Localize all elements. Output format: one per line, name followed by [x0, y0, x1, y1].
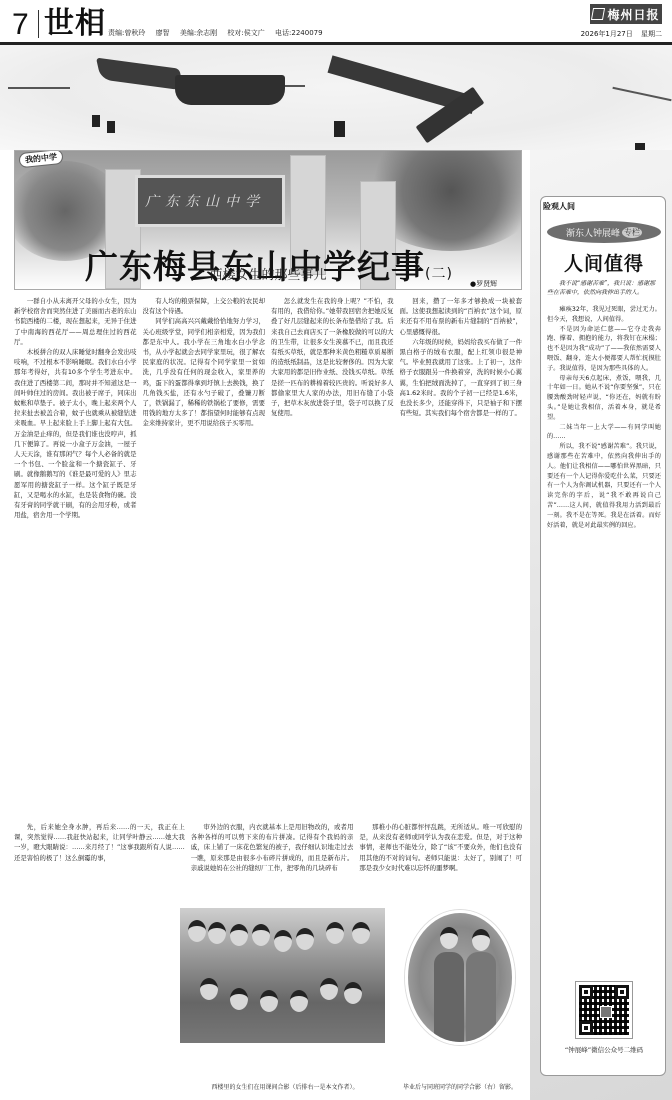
sidebar-title: 人间值得 [541, 249, 667, 276]
qr-code[interactable] [576, 982, 632, 1038]
person [252, 924, 270, 946]
roof-ridge [612, 87, 671, 101]
newspaper-logo: 梅州日报 [590, 4, 662, 24]
paragraph: 木板拼合的双人床睡觉时翻身会发出吱吱响，不过根本不影响睡眠。我们水白小学那年考得… [14, 347, 137, 520]
columnist: 渐东人钟展峰 [566, 226, 620, 239]
paragraph: 回来，攒了一年多才够换成一块被套面。这使我想起读到的“百衲衣”这个词，原来还有不… [400, 296, 523, 337]
roofline-illustration [0, 45, 672, 150]
qr-finder [615, 985, 629, 999]
weekday-text: 星期二 [641, 30, 662, 38]
credit-editor: 责编:曾秋玲 [108, 29, 145, 37]
roof-tile [175, 75, 285, 105]
logo-icon [591, 8, 605, 20]
person [230, 924, 248, 946]
divider [38, 10, 39, 38]
qr-finder [579, 1021, 593, 1035]
article-column: 审外边的衣服，内衣就基本上是用旧物改的，或者用各种各样的可以剪下来的布片拼凑。记… [191, 822, 354, 902]
window-block [107, 121, 115, 133]
article-lower-row: 先，后来她全身水肿，再后来……的一天，我正在上课，突然觉得……我赶快站起来，让同… [14, 822, 522, 902]
article-column: 先，后来她全身水肿，再后来……的一天，我正在上课，突然觉得……我赶快站起来，让同… [14, 822, 185, 902]
article-body: 一群自小从未离开父母的小女生，因为新学校宿舍而突然住进了美丽而古老的东山书院西楼… [14, 296, 522, 816]
sidebar-tag: 险观人间 [543, 201, 575, 212]
gate-inscription: 广东东山中学 [145, 191, 265, 211]
person [352, 922, 370, 944]
person-head [472, 929, 490, 951]
paragraph: 审外边的衣服，内衣就基本上是用旧物改的，或者用各种各样的可以剪下来的布片拼凑。记… [191, 822, 354, 873]
qr-finder [579, 985, 593, 999]
qr-logo [600, 1006, 612, 1018]
person [466, 952, 496, 1045]
column-badge: 专栏 [622, 227, 642, 238]
credit-proofreader: 校对:侯文广 [227, 29, 264, 37]
paragraph: 所以，我不说“感谢苦难”。我只说，感谢那些在苦难中，依然向我伸出手的人。他们让我… [547, 442, 661, 530]
issue-date: 2026年1月27日 星期二 [575, 29, 662, 39]
newspaper-name: 梅州日报 [607, 6, 659, 23]
person [290, 990, 308, 1012]
credit-phone: 电话:2240079 [275, 29, 323, 37]
sidebar-banner: 渐东人钟展峰 专栏 [547, 221, 661, 243]
paragraph: 六年级的时候，妈妈给我买布做了一件黑白格子的绒布衣服，配上红领巾很是神气。毕业照… [400, 337, 523, 419]
masthead: 7 世相 责编:曾秋玲 廖智 美编:余志刚 校对:侯文广 电话:2240079 … [0, 0, 672, 44]
article-column: 有人均的粮票保障，上交公粮的农民却没有这个待遇。 同学们高高兴兴戴戴恰恰地努力学… [143, 296, 266, 816]
person [326, 922, 344, 944]
article-subtitle: 西楼女生的那些事儿 [14, 264, 522, 283]
paragraph: 同学们高高兴兴戴戴恰恰地努力学习，关心班级学堂，同学们相亲相爱，因为我们都是东中… [143, 316, 266, 428]
sidebar-body: 瘫痪32年，我见过死眼，尝过无力。但今天，我想说，人间值得。 不是因为命运仁慈—… [547, 305, 661, 977]
paragraph: 二妹当年一上大学——有同学叫她的…… [547, 423, 661, 443]
article-column: 一群自小从未离开父母的小女生，因为新学校宿舍而突然住进了美丽而古老的东山书院西楼… [14, 296, 137, 816]
paragraph: 瘫痪32年，我见过死眼，尝过无力。但今天，我想说，人间值得。 [547, 305, 661, 325]
roof-ridge [285, 85, 305, 87]
sidebar-column: 险观人间 渐东人钟展峰 专栏 人间值得 我不说“感谢苦难”，我只说：感谢那些在苦… [540, 196, 666, 1076]
paragraph: 有人均的粮票保障，上交公粮的农民却没有这个待遇。 [143, 296, 266, 316]
article-column: 回来，攒了一年多才够换成一块被套面。这使我想起读到的“百衲衣”这个词，原来还有不… [400, 296, 523, 816]
window-block [334, 121, 345, 137]
person [200, 978, 218, 1000]
qr-caption: “钟展峰”微信公众号二维码 [541, 1045, 667, 1054]
credit-designer: 美编:余志刚 [180, 29, 217, 37]
page-number: 7 [12, 10, 29, 40]
photo-caption: 西楼里的女生们在用课间合影（后排右一是本文作者）。 [180, 1082, 390, 1091]
paragraph: 先，后来她全身水肿，再后来……的一天，我正在上课，突然觉得……我赶快站起来，让同… [14, 822, 185, 863]
portrait-photo [405, 910, 515, 1045]
window-block [92, 115, 100, 127]
roof-tile [96, 58, 184, 91]
person [188, 920, 206, 942]
paragraph: 母亲每天6点起床，煮饭，喂我，几十年如一日。她从不说“你要坚强”，只在腰劲酸劲时… [547, 374, 661, 423]
person [344, 982, 362, 1004]
byline: ●罗贤辉 [470, 279, 497, 289]
article-column: 怎么就发生在我的身上呢？”不怕，我有用的，我借给你。”她带我回宿舍把她反复叠了好… [271, 296, 394, 816]
section-title: 世相 [44, 8, 106, 40]
paragraph: 一群自小从未离开父母的小女生，因为新学校宿舍而突然住进了美丽而古老的东山书院西楼… [14, 296, 137, 347]
roof-ridge [8, 87, 70, 89]
group-photo [180, 908, 385, 1043]
sidebar-lede: 我不说“感谢苦难”，我只说：感谢那些在苦难中，依然向我伸出手的人。 [547, 279, 661, 297]
person [320, 978, 338, 1000]
person-head [440, 927, 458, 949]
date-text: 2026年1月27日 [581, 30, 633, 38]
article-column: 那稚小的心脏都怦怦乱跳，无所适从。唯一可欣慰的是，从来没有老师或同学认为我在恋爱… [359, 822, 522, 902]
paragraph: 那稚小的心脏都怦怦乱跳，无所适从。唯一可欣慰的是，从来没有老师或同学认为我在恋爱… [359, 822, 522, 873]
paragraph: 怎么就发生在我的身上呢？”不怕，我有用的，我借给你。”她带我回宿舍把她反复叠了好… [271, 296, 394, 418]
person [274, 930, 292, 952]
person [208, 922, 226, 944]
photo-caption: 毕业后与同班同学的同学合影（右）留影。 [395, 1082, 525, 1091]
person [260, 990, 278, 1012]
credit-editor-2: 廖智 [156, 29, 170, 37]
person [296, 928, 314, 950]
editor-credits: 责编:曾秋玲 廖智 美编:余志刚 校对:侯文广 电话:2240079 [108, 28, 331, 38]
person [230, 988, 248, 1010]
paragraph: 不是因为命运仁慈——它夺走我奔跑、撑着、拥抱的能力，将我钉在床榻；也不是因为我“… [547, 325, 661, 374]
person [434, 952, 464, 1045]
